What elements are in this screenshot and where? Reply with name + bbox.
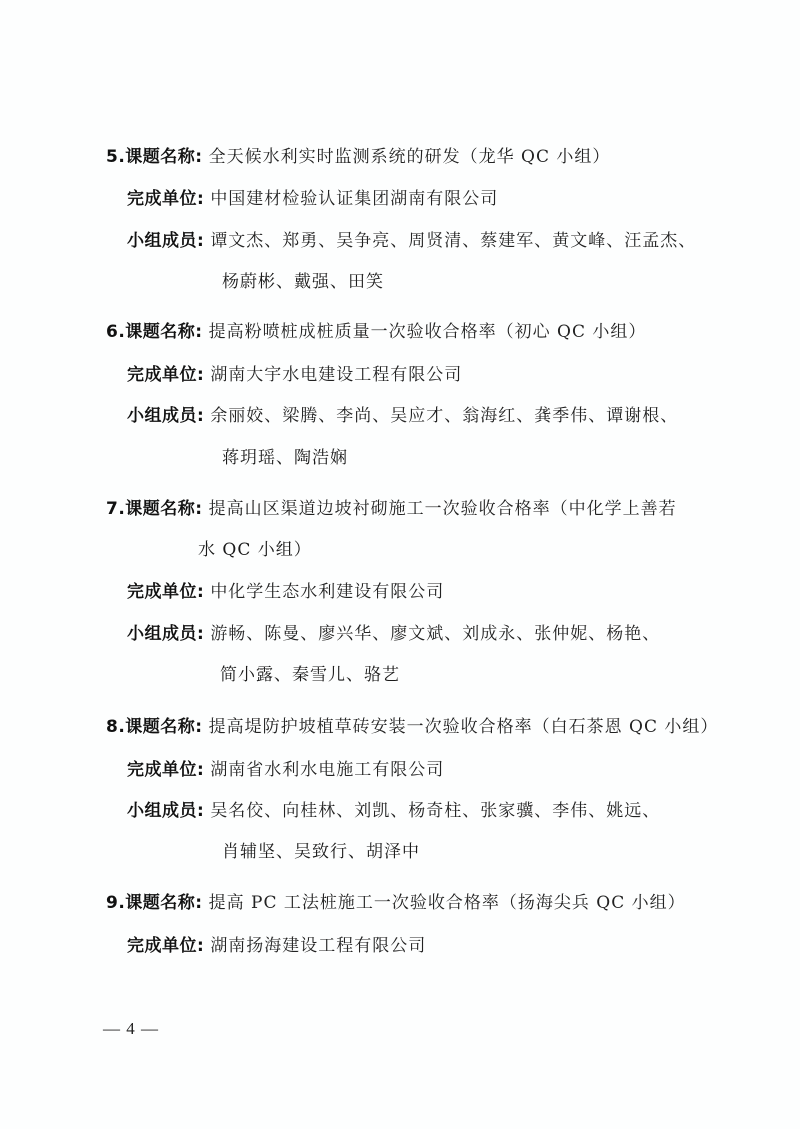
entry-topic-line: 5.课题名称:全天候水利实时监测系统的研发（龙华 QC 小组）	[106, 146, 610, 168]
entry-number: 6.	[106, 322, 125, 342]
topic-value: 提高堤防护坡植草砖安装一次验收合格率（白石茶恩 QC 小组）	[209, 717, 719, 737]
topic-label: 课题名称:	[125, 147, 202, 167]
unit-label: 完成单位:	[127, 936, 204, 956]
entry-topic-line: 7.课题名称:提高山区渠道边坡衬砌施工一次验收合格率（中化学上善若	[106, 498, 677, 520]
unit-label: 完成单位:	[127, 760, 204, 780]
entry-members-line: 小组成员:吴名佼、向桂林、刘凯、杨奇柱、张家骥、李伟、姚远、	[127, 800, 660, 822]
topic-label: 课题名称:	[125, 717, 202, 737]
unit-label: 完成单位:	[127, 365, 204, 385]
members-value: 吴名佼、向桂林、刘凯、杨奇柱、张家骥、李伟、姚远、	[210, 801, 660, 821]
entry-members-line: 小组成员:游畅、陈曼、廖兴华、廖文斌、刘成永、张仲妮、杨艳、	[127, 623, 660, 645]
members-label: 小组成员:	[127, 406, 204, 426]
entry-unit-line: 完成单位:中国建材检验认证集团湖南有限公司	[127, 188, 498, 210]
entry-unit-line: 完成单位:湖南扬海建设工程有限公司	[127, 935, 426, 957]
members-continuation: 肖辅坚、吴致行、胡泽中	[222, 841, 420, 863]
members-continuation: 简小露、秦雪儿、骆艺	[220, 664, 400, 686]
topic-label: 课题名称:	[125, 322, 202, 342]
members-value: 游畅、陈曼、廖兴华、廖文斌、刘成永、张仲妮、杨艳、	[210, 624, 660, 644]
document-page: 5.课题名称:全天候水利实时监测系统的研发（龙华 QC 小组） 完成单位:中国建…	[0, 0, 800, 1129]
unit-value: 中国建材检验认证集团湖南有限公司	[210, 189, 498, 209]
entry-number: 9.	[106, 893, 125, 913]
unit-label: 完成单位:	[127, 582, 204, 602]
topic-label: 课题名称:	[125, 499, 202, 519]
entry-unit-line: 完成单位:湖南大宇水电建设工程有限公司	[127, 364, 462, 386]
members-continuation: 蒋玥瑶、陶浩娴	[222, 447, 348, 469]
members-label: 小组成员:	[127, 231, 204, 251]
unit-value: 中化学生态水利建设有限公司	[210, 582, 444, 602]
entry-number: 8.	[106, 717, 125, 737]
topic-value: 全天候水利实时监测系统的研发（龙华 QC 小组）	[209, 147, 611, 167]
entry-unit-line: 完成单位:湖南省水利水电施工有限公司	[127, 759, 444, 781]
unit-label: 完成单位:	[127, 189, 204, 209]
page-number: — 4 —	[103, 1019, 159, 1039]
members-label: 小组成员:	[127, 624, 204, 644]
members-value: 谭文杰、郑勇、吴争亮、周贤清、蔡建军、黄文峰、汪孟杰、	[210, 231, 696, 251]
entry-topic-line: 8.课题名称:提高堤防护坡植草砖安装一次验收合格率（白石茶恩 QC 小组）	[106, 716, 718, 738]
entry-unit-line: 完成单位:中化学生态水利建设有限公司	[127, 581, 444, 603]
entry-number: 7.	[106, 499, 125, 519]
unit-value: 湖南扬海建设工程有限公司	[210, 936, 426, 956]
members-value: 余丽姣、梁腾、李尚、吴应才、翁海红、龚季伟、谭谢根、	[210, 406, 678, 426]
topic-label: 课题名称:	[125, 893, 202, 913]
entry-topic-line: 9.课题名称:提高 PC 工法桩施工一次验收合格率（扬海尖兵 QC 小组）	[106, 892, 686, 914]
topic-continuation: 水 QC 小组）	[198, 539, 312, 561]
entry-members-line: 小组成员:余丽姣、梁腾、李尚、吴应才、翁海红、龚季伟、谭谢根、	[127, 405, 678, 427]
topic-value: 提高 PC 工法桩施工一次验收合格率（扬海尖兵 QC 小组）	[209, 893, 686, 913]
entry-topic-line: 6.课题名称:提高粉喷桩成桩质量一次验收合格率（初心 QC 小组）	[106, 321, 646, 343]
members-continuation: 杨蔚彬、戴强、田笑	[222, 271, 384, 293]
unit-value: 湖南大宇水电建设工程有限公司	[210, 365, 462, 385]
unit-value: 湖南省水利水电施工有限公司	[210, 760, 444, 780]
members-label: 小组成员:	[127, 801, 204, 821]
entry-number: 5.	[106, 147, 125, 167]
topic-value: 提高粉喷桩成桩质量一次验收合格率（初心 QC 小组）	[209, 322, 647, 342]
topic-value: 提高山区渠道边坡衬砌施工一次验收合格率（中化学上善若	[209, 499, 677, 519]
entry-members-line: 小组成员:谭文杰、郑勇、吴争亮、周贤清、蔡建军、黄文峰、汪孟杰、	[127, 230, 696, 252]
